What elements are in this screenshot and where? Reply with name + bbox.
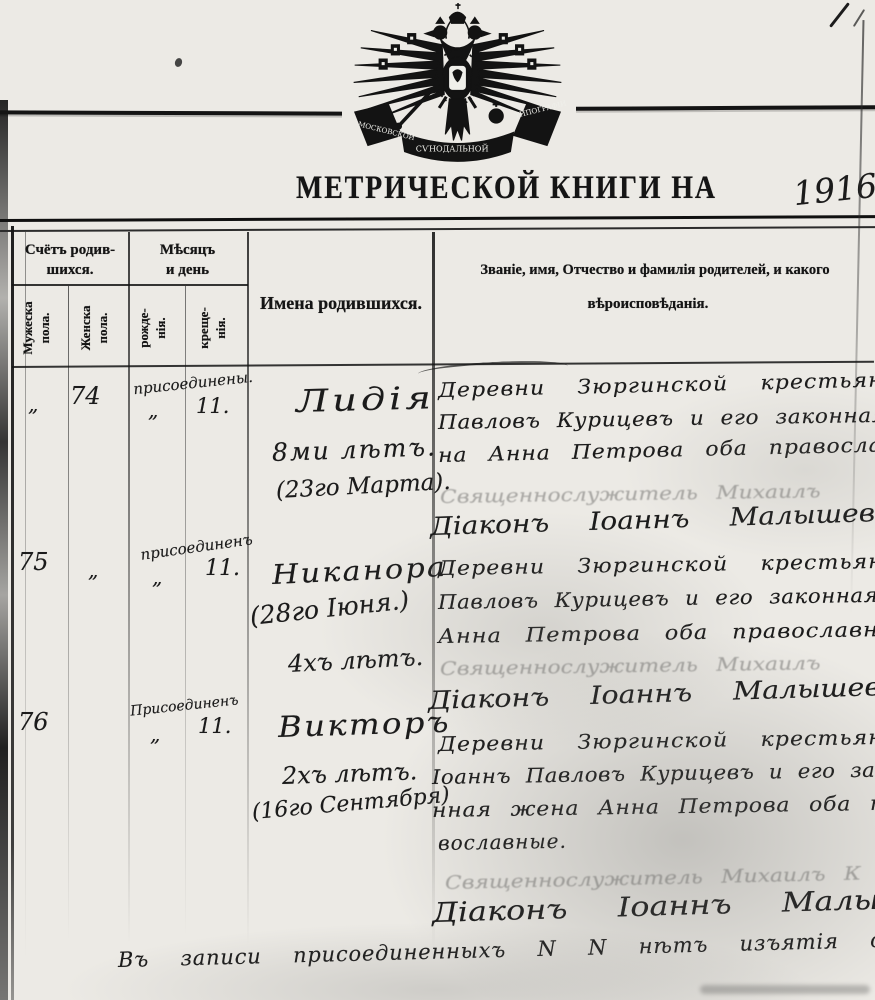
- row2-parents-line: Анна Петрова оба православные.: [438, 616, 875, 648]
- row2-female-ditto: „: [88, 558, 98, 582]
- row1-name: Лидія: [295, 380, 435, 420]
- banner-text-middle: СѴНОДАЛЬНОЙ: [416, 144, 489, 154]
- page-right-edge: [850, 20, 865, 640]
- imperial-eagle-emblem: МОСКОВСКОЙ СѴНОДАЛЬНОЙ ТИПОГРАФІИ: [340, 2, 575, 175]
- row3-parents-line: Іоаннъ Павловъ Курицевъ и его зако-: [432, 757, 875, 789]
- row1-birth-ditto: „: [148, 398, 158, 422]
- header-male-col: Мужеска пола.: [19, 285, 61, 371]
- table-top-rule: [0, 215, 875, 232]
- header-count-group: Счётъ родив- шихся.: [12, 240, 128, 280]
- tail: [445, 99, 469, 141]
- header-female-col: Женска пола.: [77, 285, 119, 371]
- header-month-line1: Мѣсяцъ: [128, 240, 247, 260]
- beak-left: [425, 31, 434, 37]
- row2-parents-line: Деревни Зюргинской крестьянинъ: [438, 548, 875, 580]
- header-month-line2: и день: [128, 260, 247, 280]
- row3-parents-line: вославные.: [438, 829, 567, 855]
- crown-cross: [455, 3, 460, 9]
- eagle-head-left: [434, 26, 447, 39]
- row1-female-number: 74: [70, 382, 101, 410]
- row1-baptism-day: 11.: [196, 394, 229, 418]
- row1-parents-line: на Анна Петрова оба православные.: [438, 431, 875, 467]
- eagle-head-right: [468, 26, 481, 39]
- row2-date: (28го Іюня.): [248, 585, 410, 631]
- row1-joined-note: присоединены.: [132, 368, 253, 398]
- row1-male-ditto: „: [28, 392, 38, 416]
- row1-age: 8ми лѣтъ.: [271, 432, 437, 467]
- small-crown-left: [436, 17, 444, 23]
- row3-parents-line: нная жена Анна Петрова оба пра-: [432, 790, 875, 822]
- row3-date: (16го Сентября): [251, 783, 451, 825]
- footer-note: Въ записи присоединенныхъ N N нѣтъ изъят…: [118, 926, 875, 972]
- header-parents-line2: вѣроисповѣданія.: [438, 296, 858, 313]
- col-line-count-month: [128, 232, 130, 958]
- row3-parents-line: Деревни Зюргинской крестьянинъ: [438, 724, 875, 756]
- scan-edge-artifact: [0, 100, 8, 1000]
- header-parents-line1: Званіе, имя, Отчество и фамилія родителе…: [438, 262, 872, 279]
- row2-name: Никанора: [271, 552, 448, 591]
- header-birth-col: рожде- нія.: [135, 285, 177, 371]
- table-border-left: [11, 226, 14, 1000]
- row3-male-number: 76: [18, 708, 49, 736]
- header-month-group: Мѣсяцъ и день: [128, 240, 247, 280]
- col-line-names-parents: [432, 232, 435, 965]
- row2-baptism-day: 11.: [205, 556, 240, 581]
- ink-speck: [174, 57, 184, 68]
- beak-right: [481, 31, 490, 37]
- col-line-month-names: [247, 232, 249, 960]
- row3-name: Викторъ: [277, 705, 451, 744]
- row2-parents-line: Павловъ Курицевъ и его законная жена: [438, 581, 875, 614]
- header-count-line2: шихся.: [12, 260, 128, 280]
- row2-male-number: 75: [18, 548, 49, 576]
- row1-date: (23го Марта).: [275, 469, 451, 504]
- orb: [489, 109, 503, 123]
- bottom-smudge: [700, 985, 870, 994]
- col-line-male-female: [68, 286, 69, 954]
- scanned-metrical-book-page: МОСКОВСКОЙ СѴНОДАЛЬНОЙ ТИПОГРАФІИ МЕТРИЧ…: [0, 0, 875, 1000]
- header-count-line1: Счётъ родив-: [12, 240, 128, 260]
- top-rule-left: [0, 110, 342, 115]
- top-rule-right: [576, 105, 875, 111]
- row3-birth-ditto: „: [150, 722, 160, 746]
- header-names-col: Имена родившихся.: [250, 293, 432, 314]
- row2-birth-ditto: „: [152, 565, 162, 589]
- central-crown: [449, 12, 465, 23]
- handwritten-year: 1916 г.: [791, 162, 875, 214]
- row3-age: 2хъ лѣтъ.: [282, 757, 418, 790]
- corner-streak: [829, 2, 850, 27]
- eagle-svg: МОСКОВСКОЙ СѴНОДАЛЬНОЙ ТИПОГРАФІИ: [340, 2, 575, 170]
- small-crown-right: [471, 17, 479, 23]
- page-title: МЕТРИЧЕСКОЙ КНИГИ НА: [296, 170, 717, 207]
- header-baptism-col: креще- нія.: [195, 285, 237, 371]
- row2-age: 4хъ лѣтъ.: [287, 643, 424, 678]
- row3-baptism-day: 11.: [198, 714, 231, 738]
- wing-left: [354, 31, 445, 118]
- row1-parents-line: Павловъ Курицевъ и его законная же-: [438, 402, 875, 434]
